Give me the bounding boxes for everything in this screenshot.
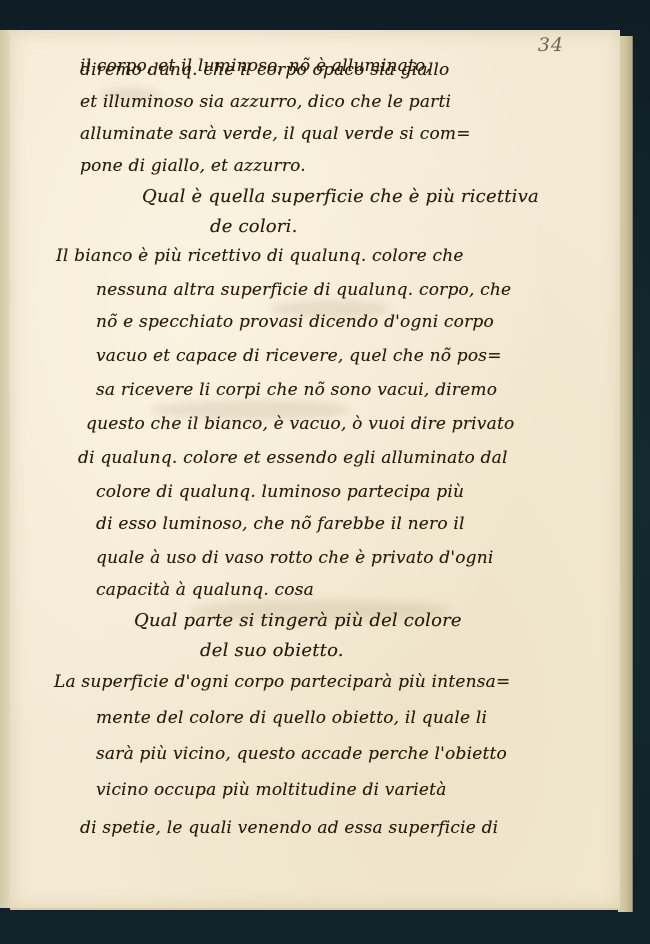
text-line-16: di esso luminoso, che nõ farebbe il nero… — [96, 514, 465, 534]
text-line-3: et illuminoso sia azzurro, dico che le p… — [80, 92, 451, 112]
text-line-14: di qualunq. colore et essendo egli allum… — [78, 448, 508, 468]
text-line-9: nessuna altra superficie di qualunq. cor… — [96, 280, 511, 300]
section-heading-1-cont: de colori. — [210, 216, 298, 237]
section-heading-2: Qual parte si tingerà più del colore — [134, 610, 462, 631]
text-line-12: sa ricevere li corpi che nõ sono vacui, … — [96, 380, 497, 400]
manuscript-page: 34 il corpo, et il luminoso, nõ è allumi… — [10, 30, 620, 910]
right-page-edges — [618, 36, 633, 912]
text-line-5: pone di giallo, et azzurro. — [80, 156, 306, 176]
text-line-8: Il bianco è più ricettivo di qualunq. co… — [56, 246, 464, 266]
text-line-24: vicino occupa più moltitudine di varietà — [96, 780, 447, 800]
text-line-10: nõ e specchiato provasi dicendo d'ogni c… — [96, 312, 494, 332]
section-heading-1: Qual è quella superficie che è più ricet… — [142, 186, 539, 207]
text-line-23: sarà più vicino, questo accade perche l'… — [96, 744, 507, 764]
text-line-17: quale à uso di vaso rotto che è privato … — [96, 548, 494, 568]
text-line-13: questo che il bianco, è vacuo, ò vuoi di… — [86, 414, 514, 434]
text-line-4: alluminate sarà verde, il qual verde si … — [80, 124, 471, 144]
text-line-25: di spetie, le quali venendo ad essa supe… — [80, 818, 498, 838]
text-line-21: La superficie d'ogni corpo parteciparà p… — [54, 672, 510, 692]
folio-number: 34 — [538, 34, 564, 56]
section-heading-2-cont: del suo obietto. — [200, 640, 344, 661]
text-line-15: colore di qualunq. luminoso partecipa pi… — [96, 482, 464, 502]
text-line-22: mente del colore di quello obietto, il q… — [96, 708, 487, 728]
text-line-2: diremo dunq. che il corpo opaco sia gial… — [80, 60, 449, 80]
text-line-11: vacuo et capace di ricevere, quel che nõ… — [96, 346, 502, 366]
text-line-18: capacità à qualunq. cosa — [96, 580, 314, 600]
